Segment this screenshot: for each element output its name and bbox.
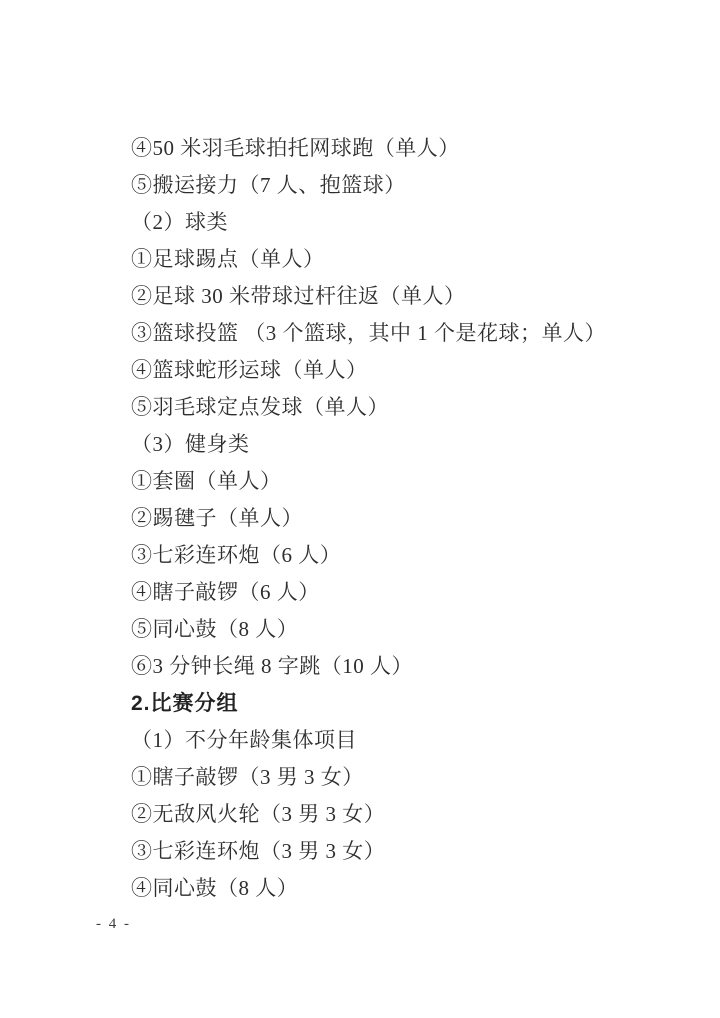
document-line: （3）健身类 — [131, 426, 660, 463]
page-number: - 4 - — [96, 916, 131, 933]
document-line: ①瞎子敲锣（3 男 3 女） — [131, 759, 660, 796]
document-line: ③七彩连环炮（6 人） — [131, 537, 660, 574]
document-line: ⑤搬运接力（7 人、抱篮球） — [131, 167, 660, 204]
document-line: ①套圈（单人） — [131, 463, 660, 500]
document-line: ⑤羽毛球定点发球（单人） — [131, 389, 660, 426]
document-line: ②足球 30 米带球过杆往返（单人） — [131, 278, 660, 315]
section-heading: 2.比赛分组 — [131, 685, 660, 722]
document-line: ⑤同心鼓（8 人） — [131, 611, 660, 648]
document-line: ④同心鼓（8 人） — [131, 870, 660, 907]
document-line: ④瞎子敲锣（6 人） — [131, 574, 660, 611]
document-line: （2）球类 — [131, 204, 660, 241]
document-page: ④50 米羽毛球拍托网球跑（单人） ⑤搬运接力（7 人、抱篮球） （2）球类 ①… — [0, 0, 720, 1018]
document-line: ④50 米羽毛球拍托网球跑（单人） — [131, 130, 660, 167]
document-line: （1）不分年龄集体项目 — [131, 722, 660, 759]
document-line: ②踢毽子（单人） — [131, 500, 660, 537]
document-line: ③七彩连环炮（3 男 3 女） — [131, 833, 660, 870]
document-line: ⑥3 分钟长绳 8 字跳（10 人） — [131, 648, 660, 685]
document-line: ③篮球投篮 （3 个篮球，其中 1 个是花球；单人） — [131, 315, 660, 352]
document-line: ②无敌风火轮（3 男 3 女） — [131, 796, 660, 833]
document-line: ④篮球蛇形运球（单人） — [131, 352, 660, 389]
document-body: ④50 米羽毛球拍托网球跑（单人） ⑤搬运接力（7 人、抱篮球） （2）球类 ①… — [131, 130, 660, 907]
document-line: ①足球踢点（单人） — [131, 241, 660, 278]
